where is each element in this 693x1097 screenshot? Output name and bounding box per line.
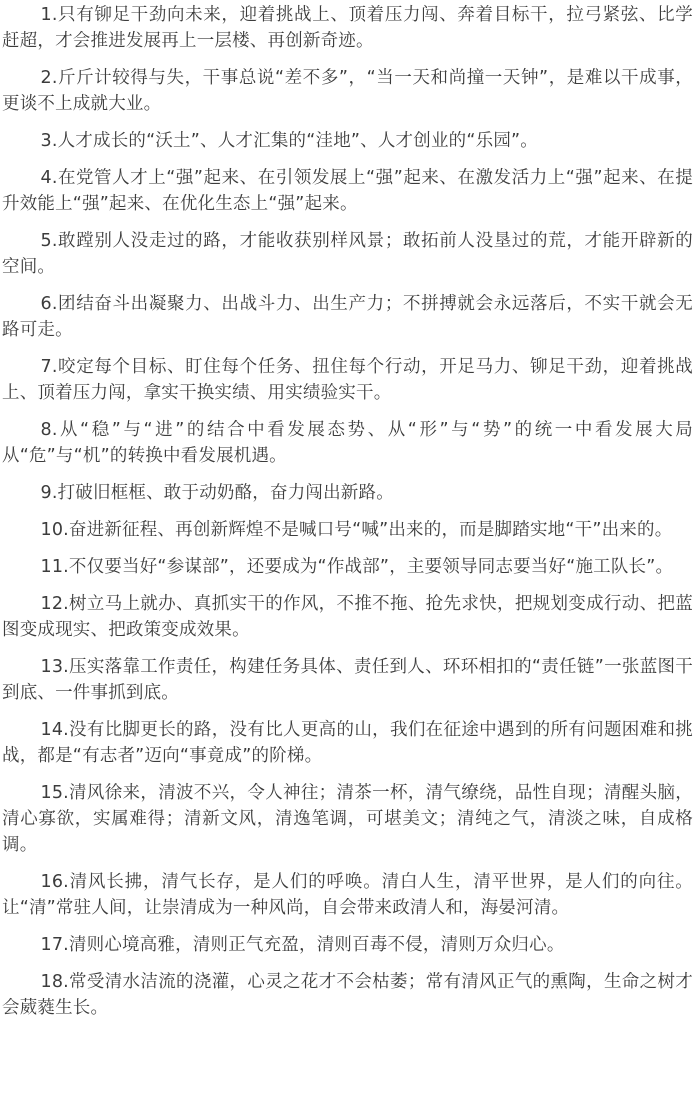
paragraph-5: 5.敢蹚别人没走过的路，才能收获别样风景；敢拓前人没垦过的荒，才能开辟新的空间。	[2, 228, 693, 280]
paragraph-11: 11.不仅要当好“参谋部”，还要成为“作战部”，主要领导同志要当好“施工队长”。	[2, 554, 693, 580]
paragraph-15: 15.清风徐来，清波不兴，令人神往；清茶一杯，清气缭绕，品性自现；清醒头脑，清心…	[2, 780, 693, 858]
paragraph-2: 2.斤斤计较得与失，干事总说“差不多”，“当一天和尚撞一天钟”，是难以干成事，更…	[2, 65, 693, 117]
paragraph-14: 14.没有比脚更长的路，没有比人更高的山，我们在征途中遇到的所有问题困难和挑战，…	[2, 717, 693, 769]
document-body: 1.只有铆足干劲向未来，迎着挑战上、顶着压力闯、奔着目标干，拉弓紧弦、比学赶超，…	[0, 0, 693, 1021]
paragraph-8: 8.从“稳”与“进”的结合中看发展态势、从“形”与“势”的统一中看发展大局从“危…	[2, 417, 693, 469]
paragraph-9: 9.打破旧框框、敢于动奶酪，奋力闯出新路。	[2, 480, 693, 506]
paragraph-17: 17.清则心境高雅，清则正气充盈，清则百毒不侵，清则万众归心。	[2, 932, 693, 958]
paragraph-18: 18.常受清水洁流的浇灌，心灵之花才不会枯萎；常有清风正气的熏陶，生命之树才会葳…	[2, 969, 693, 1021]
paragraph-10: 10.奋进新征程、再创新辉煌不是喊口号“喊”出来的，而是脚踏实地“干”出来的。	[2, 517, 693, 543]
paragraph-7: 7.咬定每个目标、盯住每个任务、扭住每个行动，开足马力、铆足干劲，迎着挑战上、顶…	[2, 354, 693, 406]
paragraph-16: 16.清风长拂，清气长存，是人们的呼唤。清白人生，清平世界，是人们的向往。让“清…	[2, 869, 693, 921]
paragraph-6: 6.团结奋斗出凝聚力、出战斗力、出生产力；不拼搏就会永远落后，不实干就会无路可走…	[2, 291, 693, 343]
paragraph-13: 13.压实落靠工作责任，构建任务具体、责任到人、环环相扣的“责任链”一张蓝图干到…	[2, 654, 693, 706]
paragraph-12: 12.树立马上就办、真抓实干的作风，不推不拖、抢先求快，把规划变成行动、把蓝图变…	[2, 591, 693, 643]
paragraph-4: 4.在党管人才上“强”起来、在引领发展上“强”起来、在激发活力上“强”起来、在提…	[2, 165, 693, 217]
paragraph-1: 1.只有铆足干劲向未来，迎着挑战上、顶着压力闯、奔着目标干，拉弓紧弦、比学赶超，…	[2, 2, 693, 54]
paragraph-3: 3.人才成长的“沃土”、人才汇集的“洼地”、人才创业的“乐园”。	[2, 128, 693, 154]
